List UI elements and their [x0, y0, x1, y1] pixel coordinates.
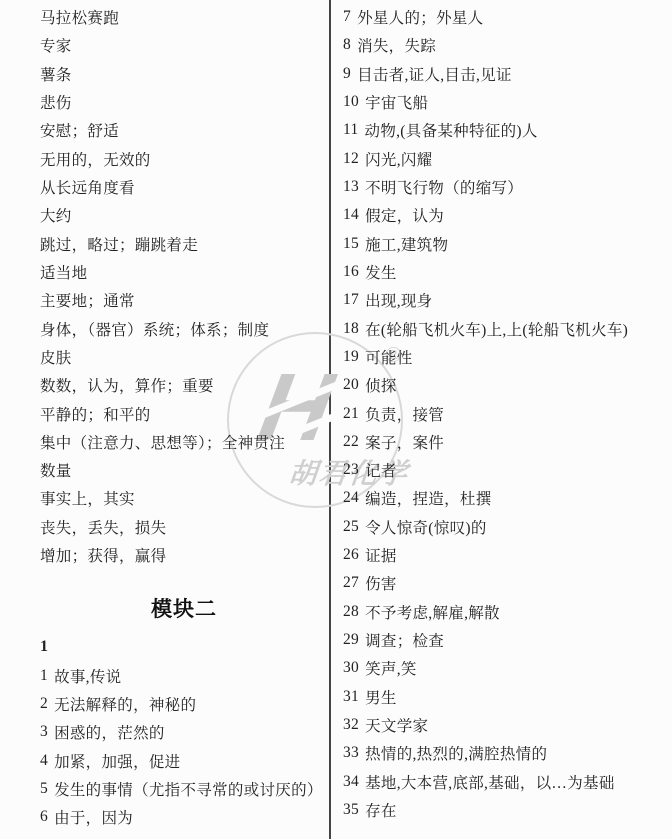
item-number: 6 — [40, 808, 48, 826]
list-row: 1故事,传说 — [40, 662, 328, 690]
item-number: 25 — [343, 518, 359, 536]
item-text: 闪光,闪耀 — [365, 148, 432, 170]
list-row: 23记者 — [343, 456, 668, 484]
word-item: 主要地；通常 — [40, 289, 135, 311]
list-row: 增加；获得，赢得 — [40, 541, 328, 569]
item-text: 男生 — [365, 686, 397, 708]
item-number: 11 — [343, 121, 359, 139]
word-item: 马拉松赛跑 — [40, 6, 119, 28]
word-item: 集中（注意力、思想等）；全神贯注 — [40, 431, 285, 453]
item-number: 34 — [343, 773, 359, 791]
item-text: 困惑的，茫然的 — [54, 721, 165, 743]
document-page: H ® 胡君化学 马拉松赛跑专家薯条悲伤安慰；舒适无用的，无效的从长远角度看大约… — [0, 0, 672, 839]
item-text: 笑声,笑 — [365, 657, 417, 679]
list-row: 悲伤 — [40, 88, 328, 116]
list-row: 丧失，丢失，损失 — [40, 513, 328, 541]
list-row: 大约 — [40, 201, 328, 229]
list-row: 8消失，失踪 — [343, 31, 668, 59]
unit-marker: 1 — [40, 633, 328, 661]
item-number: 14 — [343, 206, 359, 224]
item-text: 由于，因为 — [54, 806, 133, 828]
word-item: 大约 — [40, 204, 72, 226]
list-row: 25令人惊奇(惊叹)的 — [343, 513, 668, 541]
item-text: 伤害 — [365, 572, 397, 594]
list-row: 13不明飞行物（的缩写） — [343, 173, 668, 201]
word-item: 安慰；舒适 — [40, 119, 119, 141]
item-text: 热情的,热烈的,满腔热情的 — [365, 742, 547, 764]
word-item: 数数，认为，算作；重要 — [40, 374, 214, 396]
item-number: 1 — [40, 667, 48, 685]
item-number: 27 — [343, 574, 359, 592]
list-row: 皮肤 — [40, 343, 328, 371]
item-text: 证据 — [365, 544, 397, 566]
item-number: 20 — [343, 376, 359, 394]
item-text: 负责，接管 — [365, 403, 444, 425]
item-text: 施工,建筑物 — [365, 233, 448, 255]
list-row: 32天文学家 — [343, 711, 668, 739]
list-row: 19可能性 — [343, 343, 668, 371]
list-row: 无用的，无效的 — [40, 145, 328, 173]
item-text: 不予考虑,解雇,解散 — [365, 601, 500, 623]
numbered-list-left: 1故事,传说2无法解释的，神秘的3困惑的，茫然的4加紧，加强，促进5发生的事情（… — [40, 662, 328, 832]
list-row: 专家 — [40, 31, 328, 59]
word-item: 丧失，丢失，损失 — [40, 516, 166, 538]
list-row: 适当地 — [40, 258, 328, 286]
list-row: 26证据 — [343, 541, 668, 569]
item-number: 4 — [40, 752, 48, 770]
item-text: 基地,大本营,底部,基础，以…为基础 — [365, 771, 615, 793]
item-text: 令人惊奇(惊叹)的 — [365, 516, 487, 538]
list-row: 平静的；和平的 — [40, 399, 328, 427]
list-row: 马拉松赛跑 — [40, 3, 328, 31]
item-text: 假定，认为 — [365, 204, 444, 226]
word-item: 事实上，其实 — [40, 487, 135, 509]
list-row: 薯条 — [40, 60, 328, 88]
word-item: 适当地 — [40, 261, 87, 283]
item-number: 5 — [40, 780, 48, 798]
item-text: 案子，案件 — [365, 431, 444, 453]
list-row: 31男生 — [343, 683, 668, 711]
item-number: 31 — [343, 688, 359, 706]
right-column: 7外星人的；外星人8消失，失踪9目击者,证人,目击,见证10宇宙飞船11动物,(… — [343, 3, 668, 824]
item-number: 22 — [343, 433, 359, 451]
item-number: 23 — [343, 461, 359, 479]
item-number: 19 — [343, 348, 359, 366]
item-number: 8 — [343, 36, 351, 54]
item-number: 16 — [343, 263, 359, 281]
item-number: 29 — [343, 631, 359, 649]
item-text: 侦探 — [365, 374, 397, 396]
item-text: 消失，失踪 — [357, 34, 436, 56]
item-number: 21 — [343, 405, 359, 423]
list-row: 6由于，因为 — [40, 803, 328, 831]
item-text: 动物,(具备某种特征的)人 — [365, 119, 538, 141]
item-number: 3 — [40, 723, 48, 741]
list-row: 4加紧，加强，促进 — [40, 747, 328, 775]
word-item: 数量 — [40, 459, 72, 481]
item-number: 13 — [343, 178, 359, 196]
item-text: 外星人的；外星人 — [357, 6, 483, 28]
word-item: 跳过，略过；蹦跳着走 — [40, 233, 198, 255]
list-row: 11动物,(具备某种特征的)人 — [343, 116, 668, 144]
list-row: 从长远角度看 — [40, 173, 328, 201]
list-row: 10宇宙飞船 — [343, 88, 668, 116]
list-row: 主要地；通常 — [40, 286, 328, 314]
word-item: 增加；获得，赢得 — [40, 544, 166, 566]
word-list: 马拉松赛跑专家薯条悲伤安慰；舒适无用的，无效的从长远角度看大约跳过，略过；蹦跳着… — [40, 3, 328, 569]
item-number: 15 — [343, 235, 359, 253]
list-row: 28不予考虑,解雇,解散 — [343, 598, 668, 626]
item-text: 宇宙飞船 — [365, 91, 428, 113]
item-number: 28 — [343, 603, 359, 621]
list-row: 16发生 — [343, 258, 668, 286]
item-number: 33 — [343, 744, 359, 762]
item-number: 9 — [343, 65, 351, 83]
item-text: 天文学家 — [365, 714, 428, 736]
item-text: 不明飞行物（的缩写） — [365, 176, 523, 198]
list-row: 7外星人的；外星人 — [343, 3, 668, 31]
item-number: 18 — [343, 320, 359, 338]
left-column: 马拉松赛跑专家薯条悲伤安慰；舒适无用的，无效的从长远角度看大约跳过，略过；蹦跳着… — [40, 3, 328, 831]
item-text: 目击者,证人,目击,见证 — [357, 63, 512, 85]
item-number: 26 — [343, 546, 359, 564]
item-text: 出现,现身 — [365, 289, 432, 311]
list-row: 安慰；舒适 — [40, 116, 328, 144]
item-number: 35 — [343, 801, 359, 819]
item-text: 存在 — [365, 799, 397, 821]
numbered-list-right: 7外星人的；外星人8消失，失踪9目击者,证人,目击,见证10宇宙飞船11动物,(… — [343, 3, 668, 824]
item-text: 加紧，加强，促进 — [54, 750, 180, 772]
list-row: 21负责，接管 — [343, 399, 668, 427]
word-item: 平静的；和平的 — [40, 403, 151, 425]
item-text: 发生的事情（尤指不寻常的或讨厌的） — [54, 778, 323, 800]
item-number: 17 — [343, 291, 359, 309]
list-row: 事实上，其实 — [40, 484, 328, 512]
list-row: 5发生的事情（尤指不寻常的或讨厌的） — [40, 775, 328, 803]
list-row: 集中（注意力、思想等）；全神贯注 — [40, 428, 328, 456]
item-text: 记者 — [365, 459, 397, 481]
list-row: 33热情的,热烈的,满腔热情的 — [343, 739, 668, 767]
item-number: 30 — [343, 659, 359, 677]
list-row: 12闪光,闪耀 — [343, 145, 668, 173]
list-row: 9目击者,证人,目击,见证 — [343, 60, 668, 88]
word-item: 皮肤 — [40, 346, 72, 368]
list-row: 20侦探 — [343, 371, 668, 399]
item-number: 2 — [40, 695, 48, 713]
word-item: 薯条 — [40, 63, 72, 85]
list-row: 数数，认为，算作；重要 — [40, 371, 328, 399]
list-row: 24编造，捏造，杜撰 — [343, 484, 668, 512]
list-row: 18在(轮船飞机火车)上,上(轮船飞机火车) — [343, 314, 668, 342]
list-row: 3困惑的，茫然的 — [40, 718, 328, 746]
list-row: 35存在 — [343, 796, 668, 824]
item-text: 发生 — [365, 261, 397, 283]
list-row: 30笑声,笑 — [343, 654, 668, 682]
item-number: 10 — [343, 93, 359, 111]
list-row: 2无法解释的，神秘的 — [40, 690, 328, 718]
item-number: 12 — [343, 150, 359, 168]
item-number: 7 — [343, 8, 351, 26]
item-text: 故事,传说 — [54, 665, 121, 687]
list-row: 17出现,现身 — [343, 286, 668, 314]
word-item: 专家 — [40, 34, 72, 56]
list-row: 身体，（器官）系统；体系；制度 — [40, 314, 328, 342]
list-row: 27伤害 — [343, 569, 668, 597]
item-text: 调查；检查 — [365, 629, 444, 651]
list-row: 29调查；检查 — [343, 626, 668, 654]
item-number: 24 — [343, 489, 359, 507]
word-item: 从长远角度看 — [40, 176, 135, 198]
item-text: 编造，捏造，杜撰 — [365, 487, 491, 509]
item-text: 在(轮船飞机火车)上,上(轮船飞机火车) — [365, 318, 628, 340]
item-text: 无法解释的，神秘的 — [54, 693, 196, 715]
list-row: 34基地,大本营,底部,基础，以…为基础 — [343, 767, 668, 795]
item-number: 32 — [343, 716, 359, 734]
item-text: 可能性 — [365, 346, 412, 368]
word-item: 身体，（器官）系统；体系；制度 — [40, 318, 269, 340]
list-row: 15施工,建筑物 — [343, 230, 668, 258]
list-row: 14假定，认为 — [343, 201, 668, 229]
list-row: 跳过，略过；蹦跳着走 — [40, 230, 328, 258]
word-item: 无用的，无效的 — [40, 148, 151, 170]
module-heading: 模块二 — [40, 593, 328, 626]
list-row: 22案子，案件 — [343, 428, 668, 456]
list-row: 数量 — [40, 456, 328, 484]
word-item: 悲伤 — [40, 91, 72, 113]
